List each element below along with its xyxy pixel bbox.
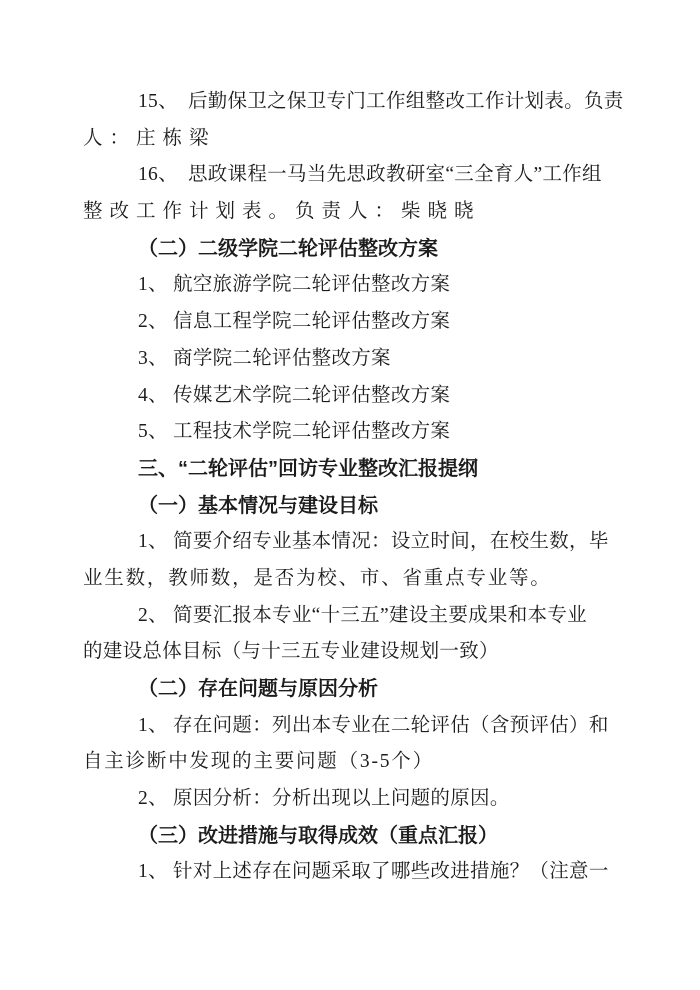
section-heading: （一）基本情况与建设目标 — [83, 488, 623, 525]
doc-line: 自主诊断中发现的主要问题（3-5个） — [83, 744, 623, 781]
document-page: 15、 后勤保卫之保卫专门工作组整改工作计划表。负责人：庄栋梁16、 思政课程一… — [0, 0, 700, 990]
doc-line: 3、 商学院二轮评估整改方案 — [83, 341, 623, 378]
doc-line: 的建设总体目标（与十三五专业建设规划一致） — [83, 634, 623, 671]
doc-line: 1、 存在问题：列出本专业在二轮评估（含预评估）和 — [83, 708, 623, 745]
doc-line: 1、 简要介绍专业基本情况：设立时间，在校生数，毕 — [83, 524, 623, 561]
doc-line: 业生数，教师数，是否为校、市、省重点专业等。 — [83, 561, 623, 598]
doc-line: 15、 后勤保卫之保卫专门工作组整改工作计划表。负责 — [83, 84, 623, 121]
doc-line: 人：庄栋梁 — [83, 121, 623, 158]
doc-line: 5、 工程技术学院二轮评估整改方案 — [83, 414, 623, 451]
doc-line: 整改工作计划表。负责人：柴晓晓 — [83, 194, 623, 231]
doc-line: 16、 思政课程一马当先思政教研室“三全育人”工作组 — [83, 157, 623, 194]
doc-line: 2、 简要汇报本专业“十三五”建设主要成果和本专业 — [83, 598, 623, 635]
document-content: 15、 后勤保卫之保卫专门工作组整改工作计划表。负责人：庄栋梁16、 思政课程一… — [83, 84, 623, 891]
section-heading: 三、“二轮评估”回访专业整改汇报提纲 — [83, 451, 623, 488]
doc-line: 1、 航空旅游学院二轮评估整改方案 — [83, 267, 623, 304]
section-heading: （二）存在问题与原因分析 — [83, 671, 623, 708]
section-heading: （三）改进措施与取得成效（重点汇报） — [83, 818, 623, 855]
doc-line: 1、 针对上述存在问题采取了哪些改进措施？（注意一 — [83, 854, 623, 891]
doc-line: 4、 传媒艺术学院二轮评估整改方案 — [83, 378, 623, 415]
section-heading: （二）二级学院二轮评估整改方案 — [83, 231, 623, 268]
doc-line: 2、 原因分析：分析出现以上问题的原因。 — [83, 781, 623, 818]
doc-line: 2、 信息工程学院二轮评估整改方案 — [83, 304, 623, 341]
